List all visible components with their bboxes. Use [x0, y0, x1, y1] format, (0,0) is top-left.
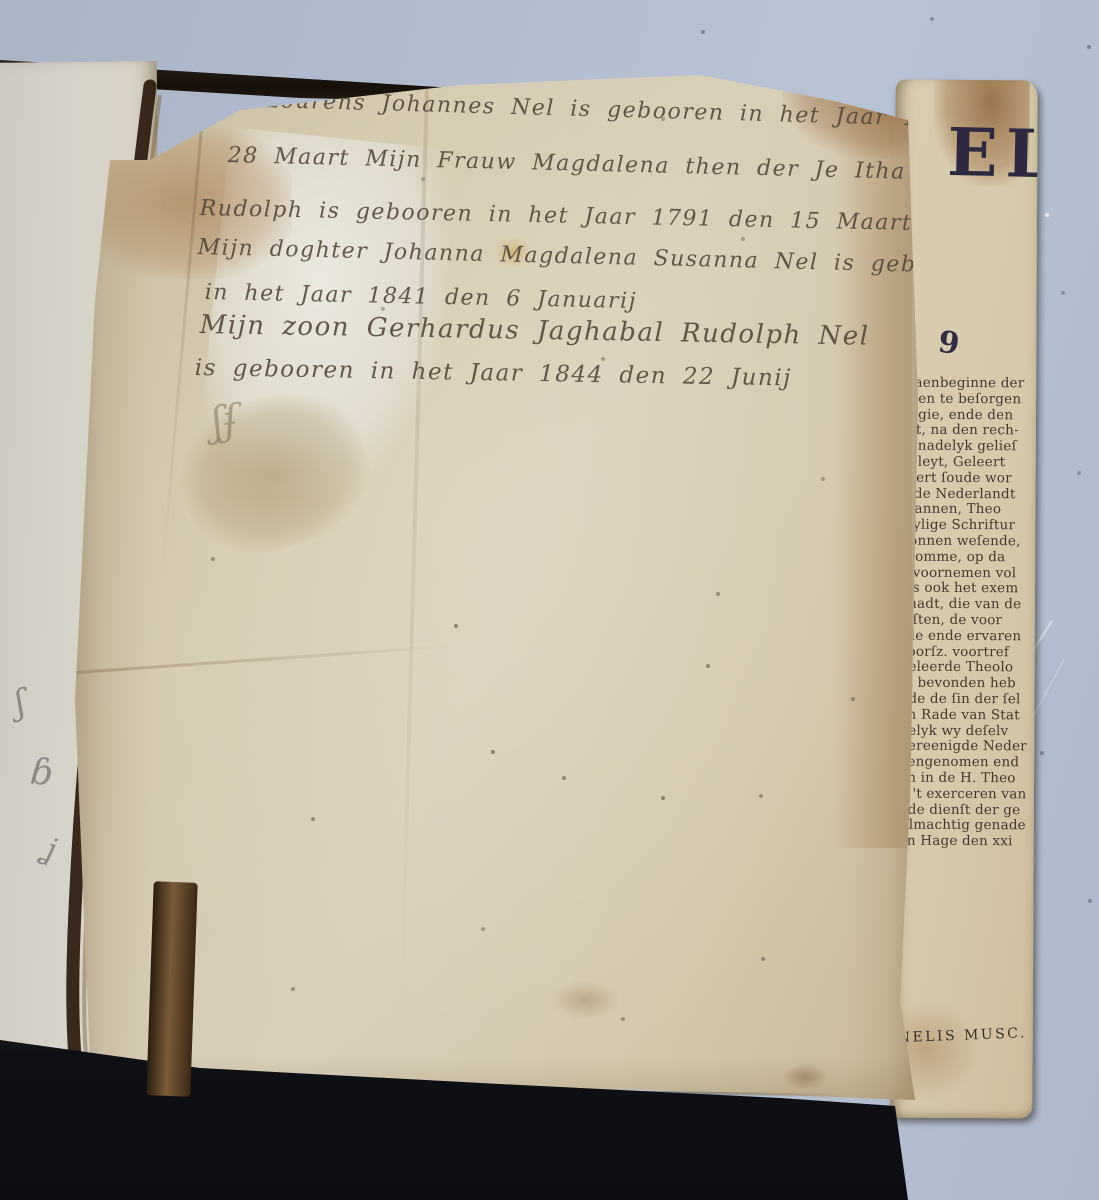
print-line: rde ende ervaren [900, 628, 1032, 644]
print-line: als ook het exem [900, 581, 1032, 597]
printer-ornament: 9 [936, 325, 962, 363]
print-line: en in de H. Theo [899, 771, 1031, 787]
print-line: n aenbeginne der [901, 376, 1033, 392]
print-line: oben te beſorgen [901, 391, 1033, 407]
title-big-letters: EL [946, 113, 1037, 194]
print-line: gelyk wy deſelv [899, 723, 1031, 739]
print-line: Vereenigde Neder [899, 739, 1031, 755]
print-line: geleerde Theolo [900, 660, 1032, 676]
print-line: en Hage den xxi [899, 834, 1031, 850]
print-line: yt bevonden heb [900, 676, 1032, 692]
print-line: n 't exerceren van [899, 786, 1031, 802]
foxing-stain [782, 1063, 828, 1091]
print-line: e voornemen vol [900, 565, 1032, 581]
print-line: leylige Schriftur [900, 518, 1032, 534]
print-line: ort, na den rech- [901, 423, 1033, 439]
print-line: genadelyk gelieſ [901, 439, 1033, 455]
print-line: nde dienſt der ge [899, 802, 1031, 818]
print-line: nde de ſin der ſel [899, 692, 1031, 708]
print-line: ehadt, die van de [900, 597, 1032, 613]
print-line: gonnen weſende, [900, 534, 1032, 550]
print-line: aromme, op da [900, 549, 1032, 565]
photo-of-open-antique-book: ʃ ɓ ʝ EL 9 n aenbeginne der oben te beſo… [0, 0, 1099, 1200]
privilege-text-column: n aenbeginne der oben te beſorgen eligie… [899, 376, 1033, 851]
print-line: n de Nederlandt [901, 486, 1033, 502]
print-line: Mannen, Theo [900, 502, 1032, 518]
print-line: eligie, ende den [901, 407, 1033, 423]
print-line: geleyt, Geleert [901, 455, 1033, 471]
print-line: Almachtig genade [899, 818, 1031, 834]
print-line: en Rade van Stat [899, 707, 1031, 723]
foxing-stain [550, 980, 620, 1020]
print-line: rdert ſoude wor [901, 470, 1033, 486]
binding-strap [146, 881, 197, 1096]
tide-line-stain [832, 88, 912, 848]
print-line: aengenomen end [899, 755, 1031, 771]
print-line: voorſz. voortref [900, 644, 1032, 660]
print-line: laſten, de voor [900, 613, 1032, 629]
